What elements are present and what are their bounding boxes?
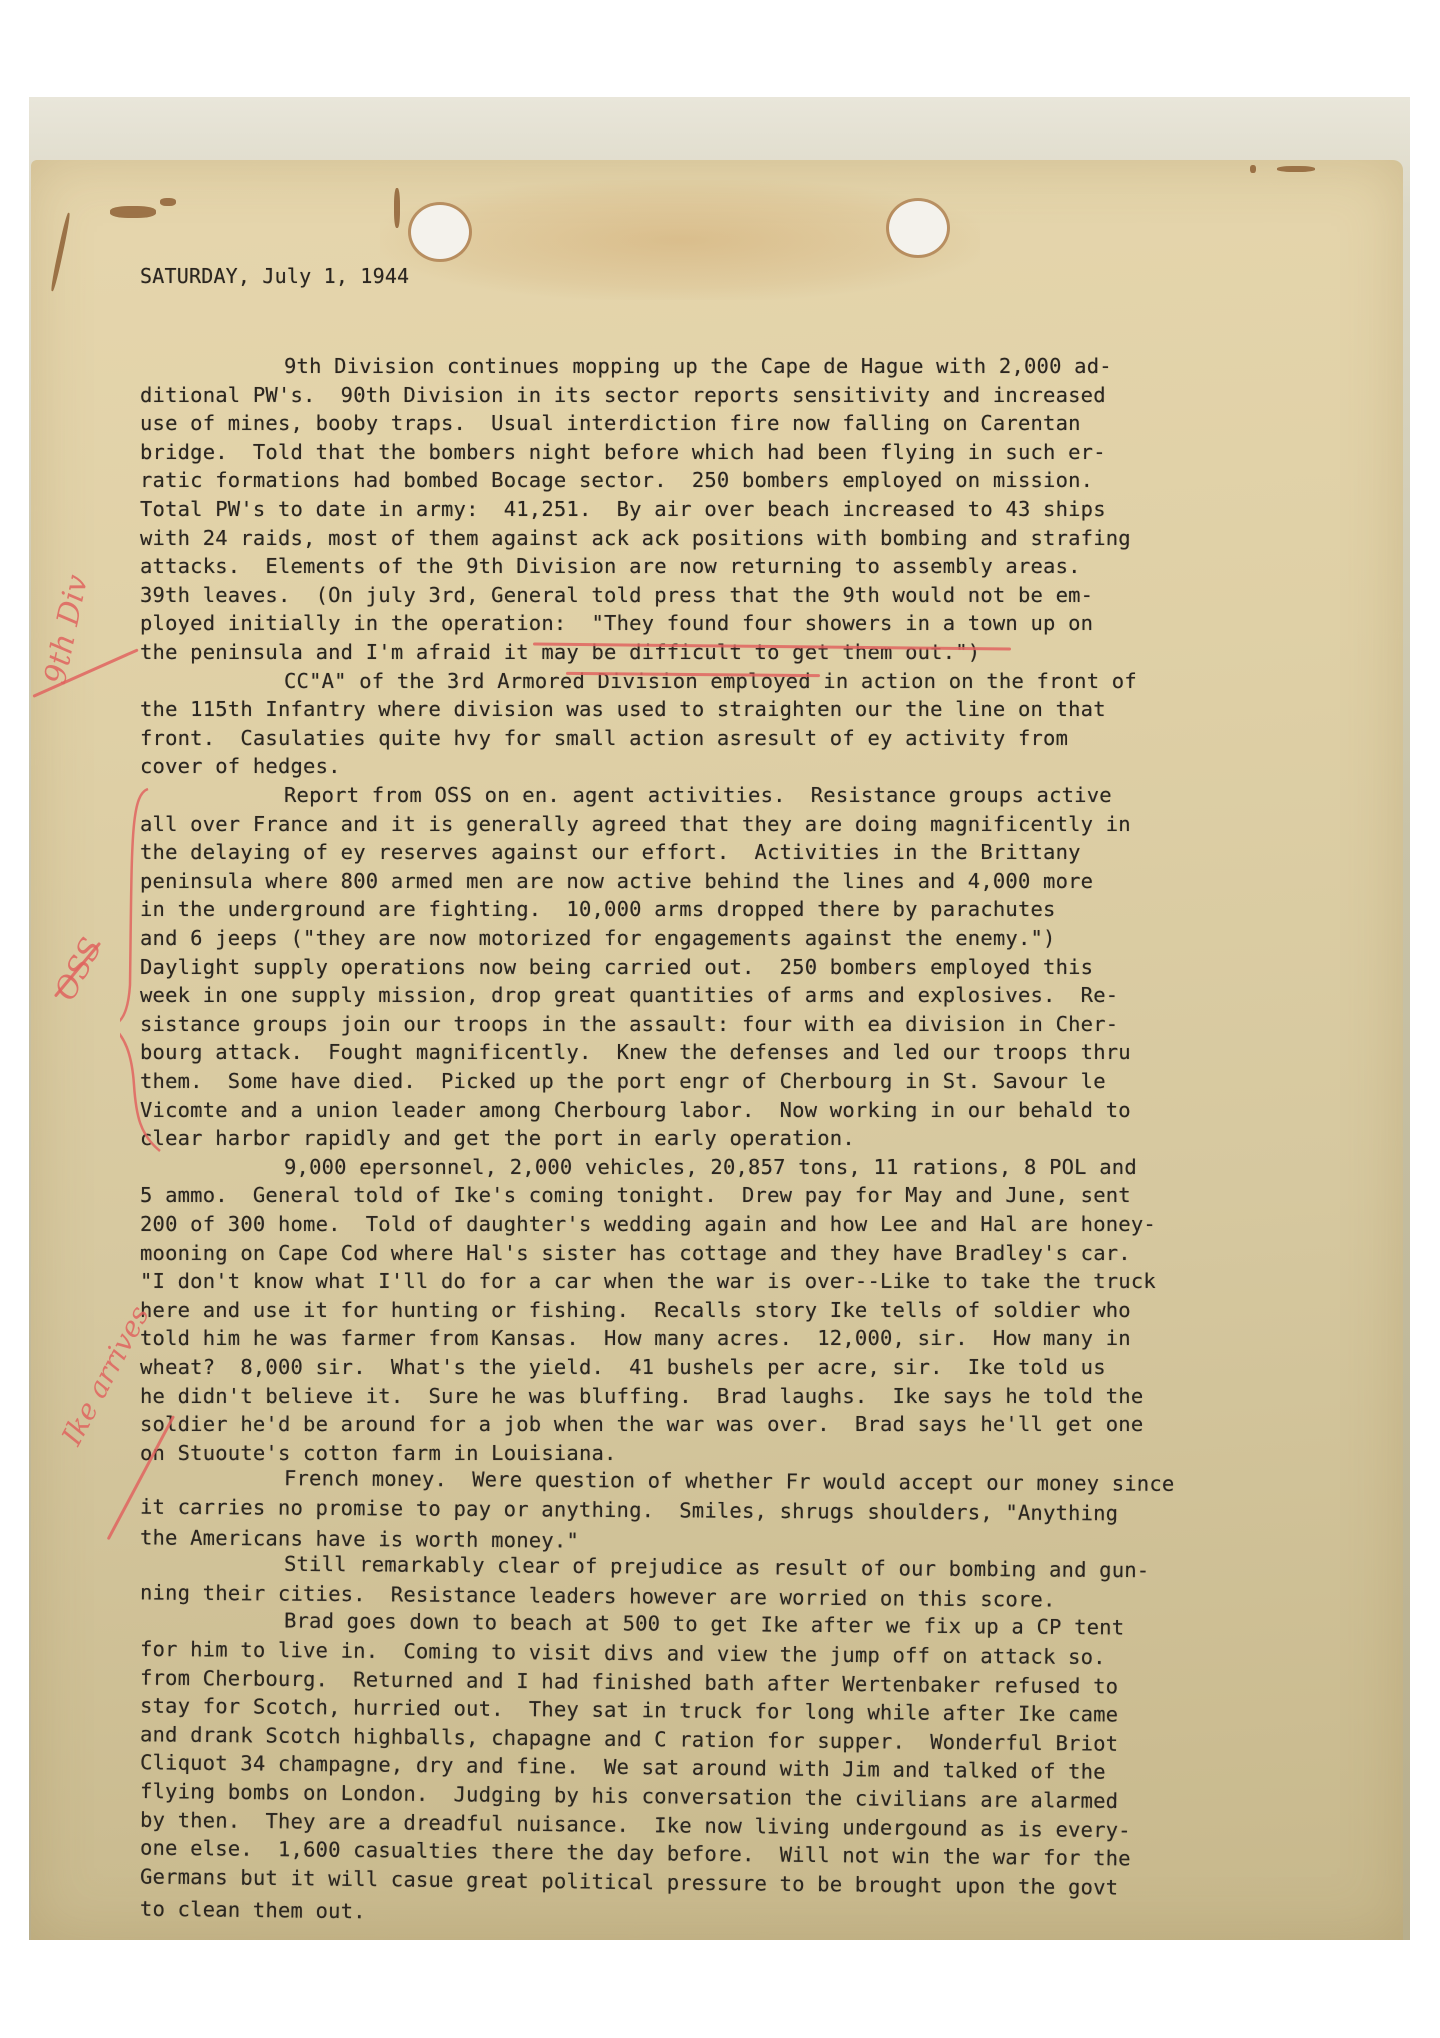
text-line: on Stuoute's cotton farm in Louisiana.	[140, 1439, 617, 1468]
text-line: bridge. Told that the bombers night befo…	[140, 438, 1106, 467]
text-line: cover of hedges.	[140, 752, 341, 781]
text-line: mooning on Cape Cod where Hal's sister h…	[140, 1239, 1131, 1268]
text-line: the 115th Infantry where division was us…	[140, 695, 1106, 724]
text-line: them. Some have died. Picked up the port…	[140, 1067, 1106, 1096]
punch-hole-left	[411, 205, 469, 259]
punch-hole-right	[889, 201, 947, 255]
text-line: "I don't know what I'll do for a car whe…	[140, 1267, 1156, 1296]
text-line: Report from OSS on en. agent activities.…	[284, 781, 1112, 810]
text-line: Daylight supply operations now being car…	[140, 953, 1093, 982]
text-line: here and use it for hunting or fishing. …	[140, 1296, 1131, 1325]
text-line: soldier he'd be around for a job when th…	[140, 1410, 1143, 1439]
text-line: wheat? 8,000 sir. What's the yield. 41 b…	[140, 1353, 1106, 1382]
text-line: 200 of 300 home. Told of daughter's wedd…	[140, 1210, 1156, 1239]
bracket-mark-oss	[120, 785, 190, 1155]
text-line: 9,000 epersonnel, 2,000 vehicles, 20,857…	[284, 1153, 1137, 1182]
rust-speck	[394, 188, 400, 228]
text-line: the delaying of ey reserves against our …	[140, 838, 1081, 867]
text-line: Total PW's to date in army: 41,251. By a…	[140, 495, 1106, 524]
text-line: he didn't believe it. Sure he was bluffi…	[140, 1382, 1143, 1411]
page-title: SATURDAY, July 1, 1944	[140, 264, 409, 288]
text-line: 39th leaves. (On july 3rd, General told …	[140, 581, 1093, 610]
text-line: with 24 raids, most of them against ack …	[140, 524, 1131, 553]
text-line: in the underground are fighting. 10,000 …	[140, 895, 1056, 924]
rust-speck	[1277, 166, 1315, 172]
text-line: to clean them out.	[140, 1895, 366, 1927]
text-line: ployed initially in the operation: "They…	[140, 609, 1093, 638]
text-line: all over France and it is generally agre…	[140, 810, 1131, 839]
rust-stain	[380, 180, 980, 300]
text-line: told him he was farmer from Kansas. How …	[140, 1324, 1131, 1353]
text-line: and 6 jeeps ("they are now motorized for…	[140, 924, 1056, 953]
text-line: bourg attack. Fought magnificently. Knew…	[140, 1038, 1131, 1067]
text-line: Vicomte and a union leader among Cherbou…	[140, 1096, 1131, 1125]
text-line: use of mines, booby traps. Usual interdi…	[140, 409, 1081, 438]
rust-speck	[1250, 165, 1256, 173]
text-line: ratic formations had bombed Bocage secto…	[140, 466, 1093, 495]
text-line: 9th Division continues mopping up the Ca…	[284, 352, 1112, 381]
text-line: ditional PW's. 90th Division in its sect…	[140, 381, 1106, 410]
text-line: clear harbor rapidly and get the port in…	[140, 1124, 855, 1153]
text-line: attacks. Elements of the 9th Division ar…	[140, 552, 1081, 581]
rust-speck	[110, 206, 156, 218]
text-line: week in one supply mission, drop great q…	[140, 981, 1118, 1010]
rust-speck	[160, 198, 176, 206]
text-line: sistance groups join our troops in the a…	[140, 1010, 1118, 1039]
text-line: 5 ammo. General told of Ike's coming ton…	[140, 1181, 1131, 1210]
text-line: front. Casulaties quite hvy for small ac…	[140, 724, 1068, 753]
text-line: peninsula where 800 armed men are now ac…	[140, 867, 1093, 896]
text-line: CC"A" of the 3rd Armored Division employ…	[284, 667, 1137, 696]
